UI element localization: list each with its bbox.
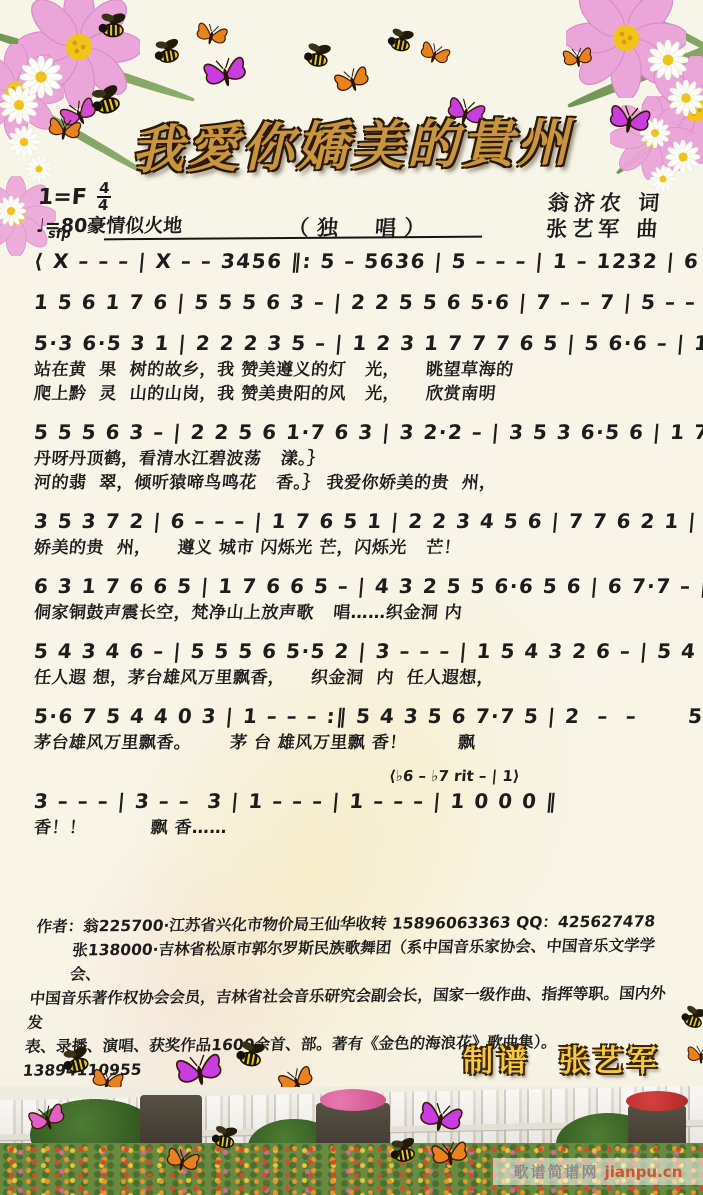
dynamic-marking: sfp [48,227,71,242]
notation-line: 5 5 5 6 3 – | 2 2 5 6 1·7 6 3 | 3 2·2 – … [33,417,692,447]
red-flowers [626,1091,688,1111]
music-sheet: 我愛你嬌美的貴州 1=F 4 4 ♩=80豪情似火地 （独 唱） 翁济农 词 张… [0,0,703,1195]
author-line: 中国音乐著作权协会会员，吉林省社会音乐研究会副会长，国家一级作曲、指挥等职。国内… [26,981,679,1035]
lyric-line: 爬上黔 灵 山的山岗，我 赞美贵阳的风 光， 欣赏南明 [33,382,691,406]
key-label: 1=F [37,185,88,210]
score-system: 6 3 1 7 6 6 5 | 1 7 6 6 5 – | 4 3 2 5 5 … [34,571,690,625]
daisy-flower-icon [0,196,26,226]
score-system: 3 5 3 7 2 | 6 – – – | 1 7 6 5 1 | 2 2 3 … [34,506,690,560]
score-system: 5 5 5 6 3 – | 2 2 5 6 1·7 6 3 | 3 2·2 – … [34,417,690,495]
lyric-line: 任人遐 想，茅台雄风万里飘香， 织金洞 内 任人遐想， [33,666,691,690]
lyric-line: 丹呀丹顶鹤，看清水江碧波荡 漾。｝ [33,447,691,471]
credits: 翁济农 词 张艺军 曲 [545,190,665,242]
notation-line: 5·6 7 5 4 4 0 3 | 1 – – – :‖ 5 4 3 5 6 7… [33,701,692,731]
daisy-flower-icon [648,40,688,80]
score-system: ⟨♭6 – ♭7 rit – | 1⟩ 3 – – – | 3 – – 3 | … [34,766,690,840]
score-system: 5·6 7 5 4 4 0 3 | 1 – – – :‖ 5 4 3 5 6 7… [34,701,690,755]
butterfly-icon [195,45,257,107]
butterfly-icon [558,40,599,81]
notation-line: 5·3 6·5 3 1 | 2 2 2 3 5 – | 1 2 3 1 7 7 … [33,328,692,358]
bee-icon [92,5,134,47]
butterfly-icon [684,1040,703,1074]
score-system: ⟨ X – – – | X – – 3456 ‖: 5 – 5636 | 5 –… [34,246,690,276]
ritardando-annotation: ⟨♭6 – ♭7 rit – | 1⟩ [33,766,691,786]
time-signature: 4 4 [96,182,112,212]
watermark-domain: jianpu.cn [605,1163,683,1181]
butterfly-icon [425,1132,475,1182]
lyricist-credit: 翁济农 词 [547,190,665,216]
lyric-line: 茅台雄风万里飘香。 茅 台 雄风万里飘 香！ 飘 [33,731,691,755]
score-system: 5 4 3 4 6 – | 5 5 5 6 5·5 2 | 3 – – – | … [34,636,690,690]
song-title: 我愛你嬌美的貴州 [0,98,703,185]
notation-line: 3 – – – | 3 – – 3 | 1 – – – | 1 – – – | … [33,786,692,816]
score-system: 1 5 6 1 7 6 | 5 5 5 6 3 – | 2 2 5 5 6 5·… [34,287,690,317]
transcriber-label: 制谱 [463,1044,531,1079]
transcriber-name: 张艺军 [559,1044,661,1079]
notation-line: ⟨ X – – – | X – – 3456 ‖: 5 – 5636 | 5 –… [33,246,692,276]
author-line: 张138000·吉林省松原市郭尔罗斯民族歌舞团（系中国音乐家协会、中国音乐文学学… [31,933,684,987]
site-watermark: 歌谱简谱网 jianpu.cn [493,1158,703,1185]
notation-line: 6 3 1 7 6 6 5 | 1 7 6 6 5 – | 4 3 2 5 5 … [33,571,692,601]
transcriber-credit: 制谱张艺军 [463,1036,661,1080]
lyric-line: 香！！ 飘 香…… [33,816,691,840]
notation-line: 3 5 3 7 2 | 6 – – – | 1 7 6 5 1 | 2 2 3 … [33,506,692,536]
lyric-line: 河的翡 翠，倾听猿啼鸟鸣花 香。｝ 我爱你娇美的贵 州， [33,471,691,495]
garden-photo: 歌谱简谱网 jianpu.cn [0,1087,703,1195]
watermark-site-name: 歌谱简谱网 [514,1161,599,1182]
notation-line: 5 4 3 4 6 – | 5 5 5 6 5·5 2 | 3 – – – | … [33,636,692,666]
pink-flowers [320,1089,386,1111]
notation-line: 1 5 6 1 7 6 | 5 5 5 6 3 – | 2 2 5 5 6 5·… [33,287,692,317]
bee-icon [227,1031,276,1080]
score-system: 5·3 6·5 3 1 | 2 2 2 3 5 – | 1 2 3 1 7 7 … [34,328,690,406]
lyric-line: 侗家铜鼓声震长空，梵净山上放声歌 唱……织金洞 内 [33,601,691,625]
bee-icon [145,29,191,75]
bee-icon [204,1117,247,1160]
expression-text: 豪情似火地 [86,215,183,237]
key-signature: 1=F 4 4 [37,182,112,212]
score: ⟨ X – – – | X – – 3456 ‖: 5 – 5636 | 5 –… [34,246,690,851]
lyric-line: 娇美的贵 州， 遵义 城市 闪烁光 芒，闪烁光 芒！ [33,536,691,560]
composer-credit: 张艺军 曲 [545,216,663,242]
lyric-line: 站在黄 果 树的故乡，我 赞美遵义的灯 光， 眺望草海的 [33,358,691,382]
